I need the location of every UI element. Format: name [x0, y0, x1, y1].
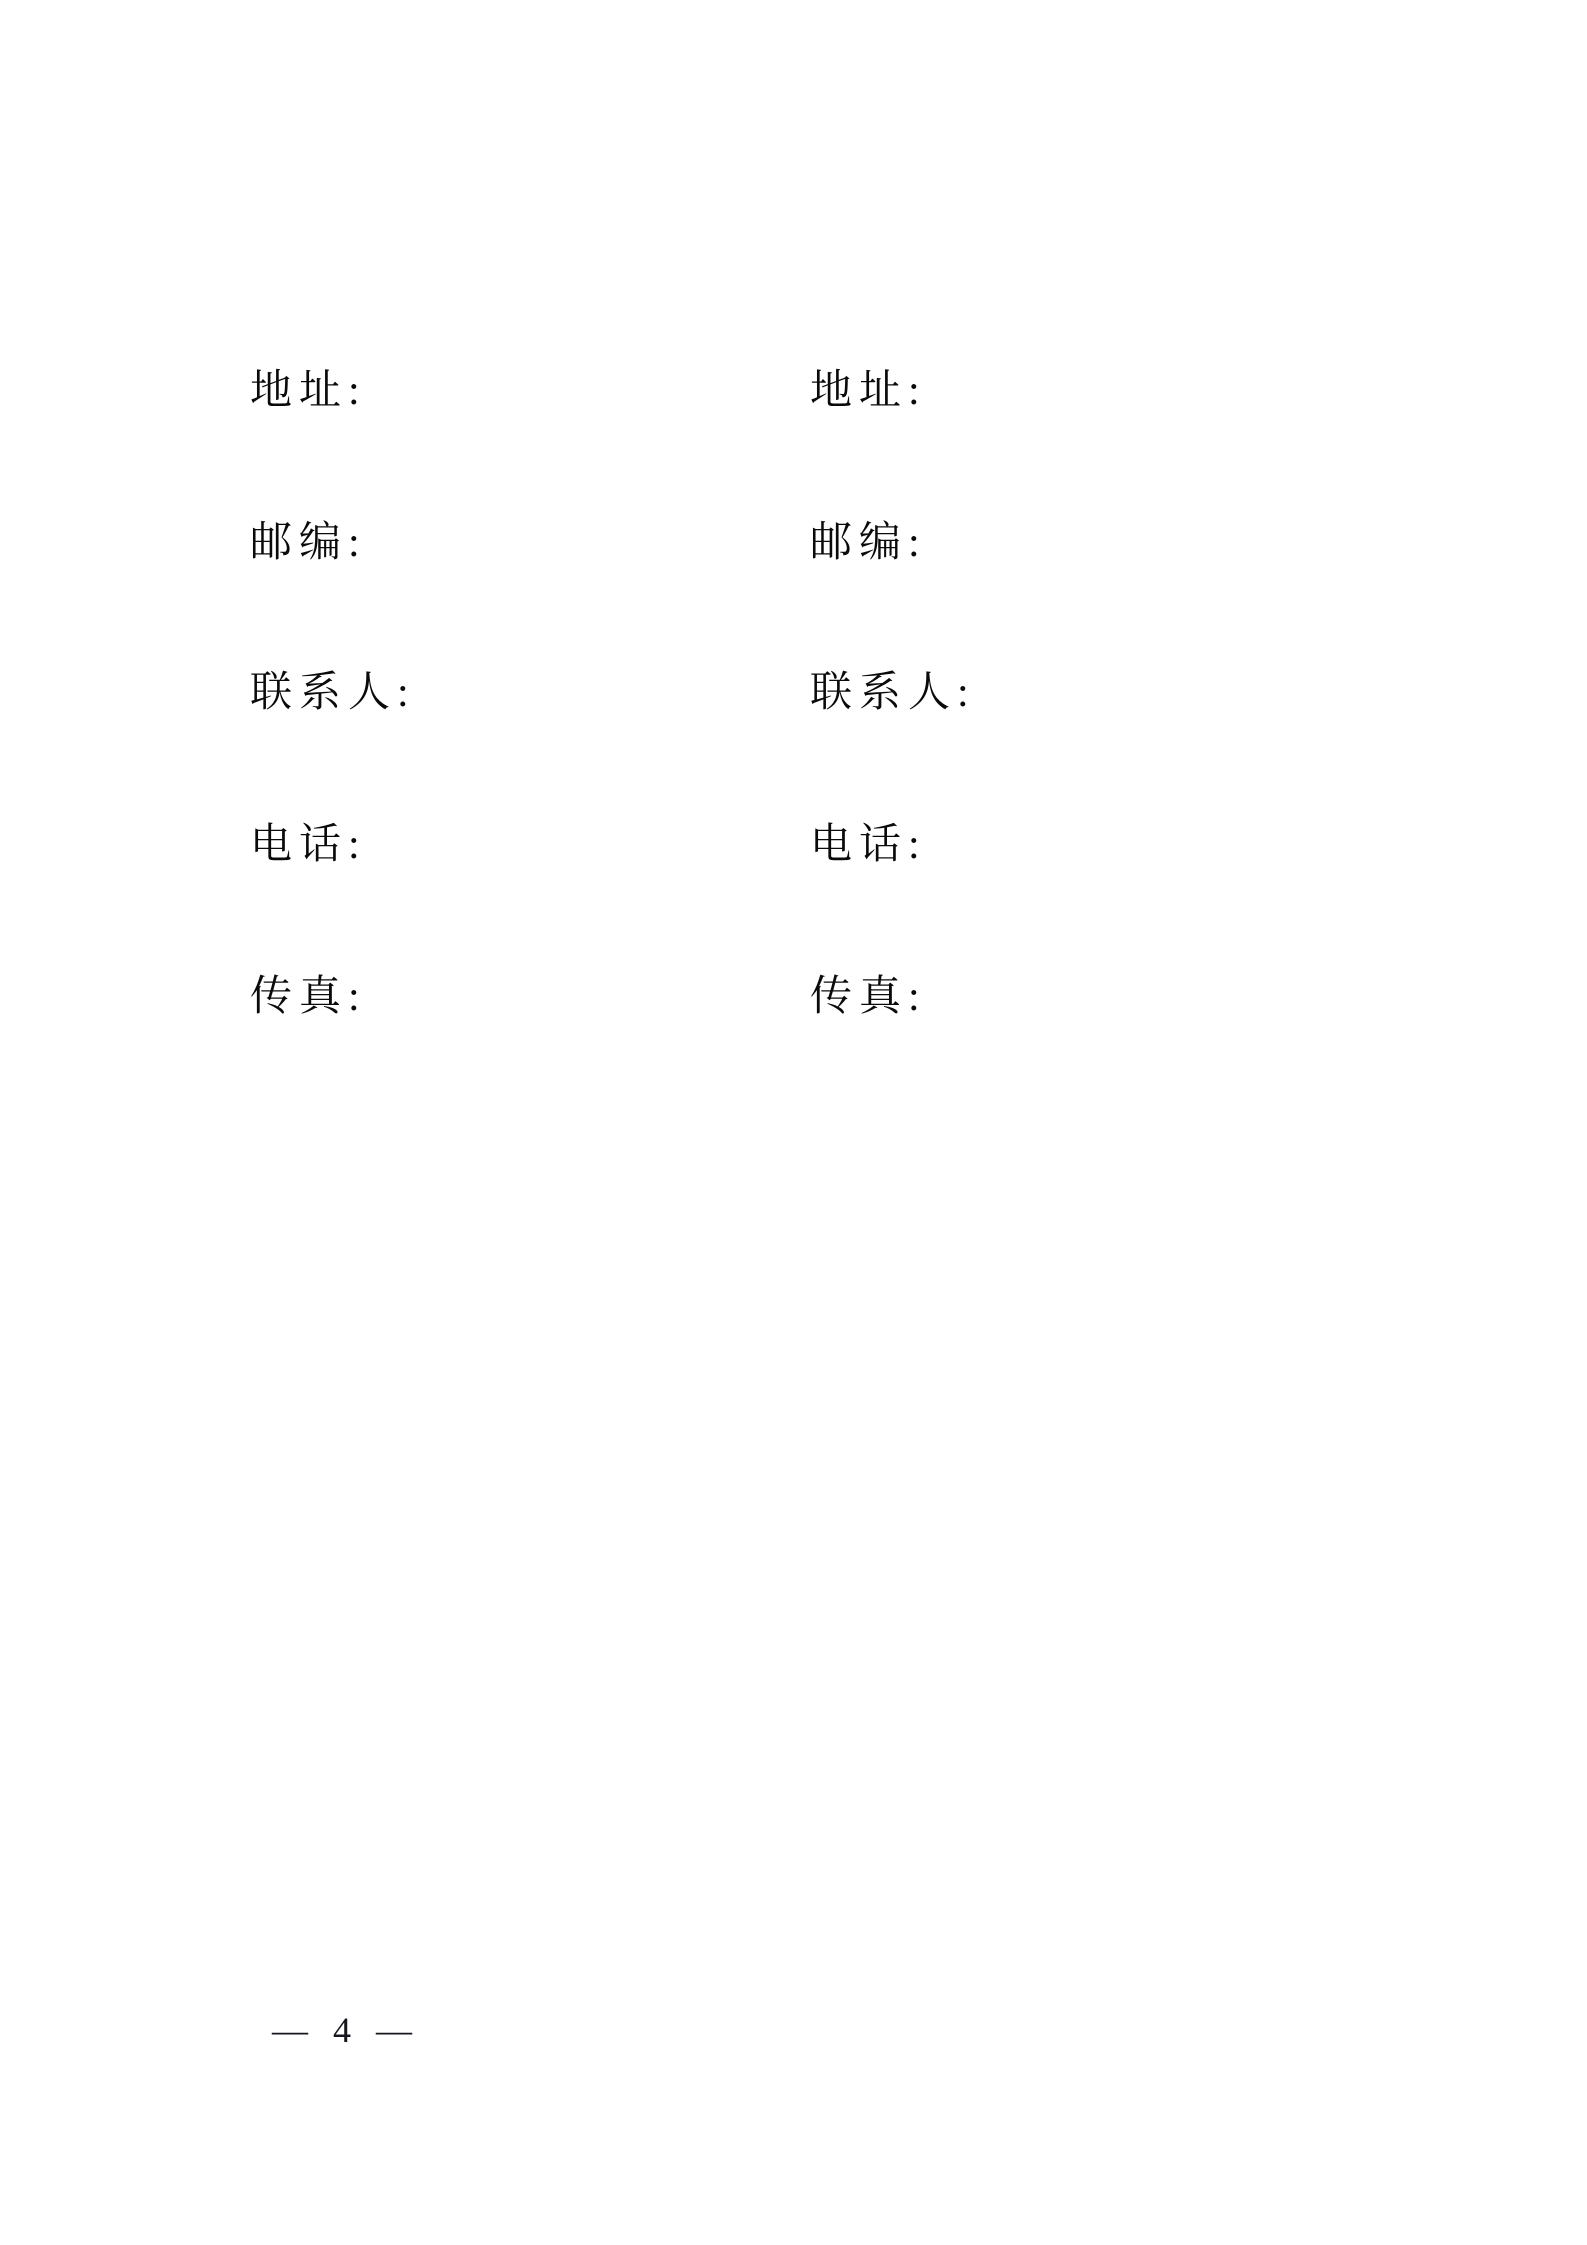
- field-label-fax-left: 传真:: [250, 976, 367, 1018]
- field-label-phone-right: 电话:: [810, 824, 927, 866]
- field-label-postal-code-left: 邮编:: [250, 522, 367, 564]
- field-label-contact-person-left: 联系人:: [250, 672, 416, 714]
- field-label-postal-code-right: 邮编:: [810, 522, 927, 564]
- document-page: 地址: 邮编: 联系人: 电话: 传真: 地址: 邮编: 联系人: 电话: 传真…: [0, 0, 1587, 2245]
- field-label-phone-left: 电话:: [250, 824, 367, 866]
- field-label-fax-right: 传真:: [810, 976, 927, 1018]
- page-number: — 4 —: [272, 2012, 414, 2048]
- field-label-address-left: 地址:: [250, 370, 367, 412]
- field-label-contact-person-right: 联系人:: [810, 672, 976, 714]
- field-label-address-right: 地址:: [810, 370, 927, 412]
